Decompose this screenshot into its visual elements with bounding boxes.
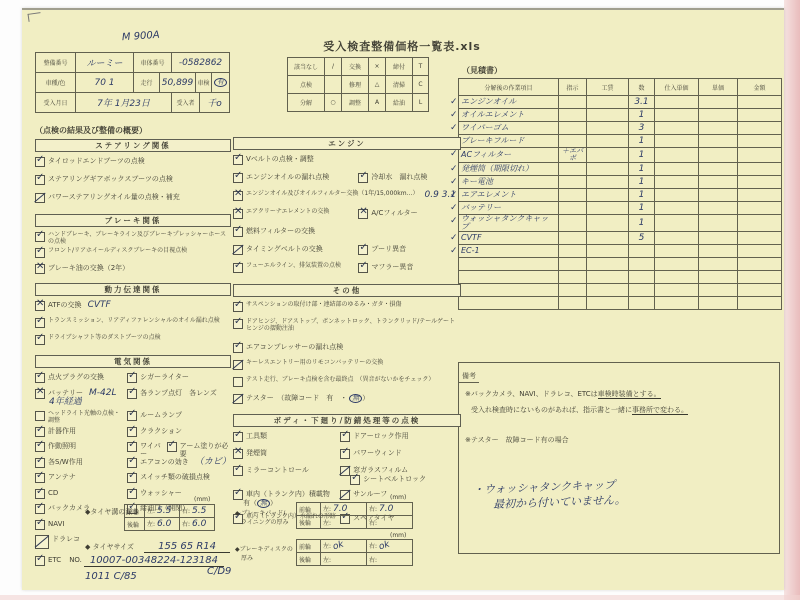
check-item: ✓計器作用 xyxy=(35,427,127,437)
check-item-label: トランスミッション、リアディファレンシャルのオイル漏れ点検 xyxy=(48,318,220,325)
estimate-item: ✓エンジンオイル xyxy=(459,96,559,109)
estimate-amount xyxy=(738,258,782,271)
check-item-label: 燃料フィルターの交換 xyxy=(246,227,315,235)
check-item: ✓ステアリングギアボックスブーツの点検 xyxy=(35,175,175,185)
brake-disc-table: 前輪左:ok右:ok後輪左:右: xyxy=(296,539,413,566)
page-title: 受入検査整備価格一覧表.xls xyxy=(272,38,532,54)
field-value: 千o xyxy=(200,93,230,113)
field-label: 受入者 xyxy=(172,93,200,113)
checkbox-mark-x: ✕ xyxy=(35,389,45,399)
axle-label: 後輪 xyxy=(125,518,145,531)
estimate-header: 指示 xyxy=(559,79,587,96)
checkbox-mark-v: ✓ xyxy=(358,173,368,183)
estimate-row: ✓EC-1 xyxy=(459,245,782,258)
estimate-row xyxy=(459,258,782,271)
check-item: ✓フューエルライン、排気装置の点検 xyxy=(233,263,358,273)
estimate-instruction xyxy=(559,284,587,297)
measure-cell: 右:ok xyxy=(367,540,413,553)
estimate-instruction xyxy=(559,215,587,232)
check-item-label: NAVI xyxy=(48,520,64,528)
estimate-amount xyxy=(738,148,782,163)
checkbox-mark-e xyxy=(233,377,243,387)
check-item: ✕A/Cフィルター xyxy=(358,209,461,219)
estimate-labor xyxy=(587,258,629,271)
estimate-qty xyxy=(629,245,655,258)
estimate-table: 分解後の作業項目指示工賃数仕入単価単価金額✓エンジンオイル3.1✓オイルエレメン… xyxy=(458,78,782,310)
checkbox-mark-v: ✓ xyxy=(35,248,45,258)
estimate-instruction xyxy=(559,163,587,176)
tire-depth-table: 前輪左:5.5右:5.5後輪左:6.0右:6.0 xyxy=(124,504,215,531)
estimate-instruction xyxy=(559,176,587,189)
handwritten-circled: 無 xyxy=(257,499,270,508)
section-bar: 動力伝達関係 xyxy=(35,283,231,296)
check-item-label: ワイパー xyxy=(140,442,164,458)
scanned-inspection-sheet: 受入検査整備価格一覧表.xls M 900A 整備番号 ルーミー 車体番号 -0… xyxy=(0,0,800,600)
estimate-unitprice xyxy=(699,271,738,284)
check-item-label: 発煙筒 xyxy=(246,449,267,457)
estimate-labor xyxy=(587,202,629,215)
checkbox-mark-v: ✓ xyxy=(340,449,350,459)
check-row: ✓Vベルトの点検・調整 xyxy=(233,155,461,173)
checkbox-mark-v: ✓ xyxy=(127,473,137,483)
estimate-cost xyxy=(655,163,699,176)
section-bar: ボディ・下廻り/防錆処理等の点検 xyxy=(233,414,461,427)
estimate-labor xyxy=(587,148,629,163)
estimate-row: ✓ワイパーゴム3 xyxy=(459,122,782,135)
check-item: ✓アンテナ xyxy=(35,473,127,483)
estimate-item xyxy=(459,258,559,271)
check-item: ✓燃料フィルターの交換 xyxy=(233,227,317,237)
checkbox-mark-v: ✓ xyxy=(233,343,243,353)
remarks-line: ※バックカメラ、NAVI、ドラレコ、ETCは車検時装備とする。 xyxy=(465,389,773,399)
scan-edge-bottom xyxy=(0,595,800,600)
estimate-amount xyxy=(738,96,782,109)
check-item-label: ドアーロック作用 xyxy=(353,432,408,440)
estimate-instruction xyxy=(559,232,587,245)
checkbox-mark-x: ✕ xyxy=(233,209,243,219)
estimate-item: ✓エアエレメント xyxy=(459,189,559,202)
check-item-label: 工具類 xyxy=(246,432,267,440)
estimate-cost xyxy=(655,135,699,148)
check-item: ✓工具類 xyxy=(233,432,340,442)
handwritten-note: 4年経過 xyxy=(49,398,82,407)
measure-value: 5.5 xyxy=(157,506,171,516)
checkbox-mark-v: ✓ xyxy=(233,173,243,183)
estimate-unitprice xyxy=(699,189,738,202)
check-item-label: テスト走行、ブレーキ点検を含む最終点 （異音がないかをチェック） xyxy=(246,377,434,384)
estimate-unitprice xyxy=(699,258,738,271)
check-item-label: クラクション xyxy=(140,427,182,435)
estimate-qty: 1 xyxy=(629,189,655,202)
checkbox-mark-x: ✕ xyxy=(233,449,243,459)
checkbox-mark-x: ✕ xyxy=(35,301,45,311)
estimate-row: ✓ブレーキフルード1 xyxy=(459,135,782,148)
check-item: ✓車内（トランク内）積載物有（無） xyxy=(233,490,340,500)
estimate-qty xyxy=(629,258,655,271)
checkbox-mark-v: ✓ xyxy=(233,466,243,476)
estimate-cost xyxy=(655,122,699,135)
checkbox-mark-v: ✓ xyxy=(35,232,45,242)
estimate-header: 仕入単価 xyxy=(655,79,699,96)
estimate-row: ✓CVTF5 xyxy=(459,232,782,245)
section-bar: その他 xyxy=(233,284,461,297)
check-item: ✓Vベルトの点検・調整 xyxy=(233,155,316,165)
estimate-item xyxy=(459,297,559,310)
handwritten-note: M-42L xyxy=(89,389,116,398)
check-item: ✕発煙筒 xyxy=(233,449,340,459)
brake-pad-table: 前輪左:7.0右:7.0後輪左:右: xyxy=(296,502,413,529)
estimate-amount xyxy=(738,215,782,232)
estimate-cost xyxy=(655,148,699,163)
estimate-cost xyxy=(655,271,699,284)
measure-value: 6.0 xyxy=(192,519,206,529)
estimate-labor xyxy=(587,176,629,189)
legend-cell: 調整 xyxy=(342,94,369,112)
check-item: ✓点火プラグの交換 xyxy=(35,373,127,383)
check-item-label: ヘッドライト光軸の点検・調整 xyxy=(48,411,125,425)
check-row: ✓フロント/リアホイールディスクブレーキの目視点検 xyxy=(35,248,231,264)
field-value: 70 1 xyxy=(76,73,134,93)
checkbox-mark-v: ✓ xyxy=(35,473,45,483)
field-value: 50,899 xyxy=(160,73,196,93)
remarks-line: ※テスター 故障コード有の場合 xyxy=(465,435,773,445)
scan-edge-right xyxy=(784,0,800,600)
estimate-labor xyxy=(587,245,629,258)
estimate-item: ✓ウォッシャタンクキャップ xyxy=(459,215,559,232)
estimate-item xyxy=(459,271,559,284)
mm-unit: (mm) xyxy=(390,494,406,501)
check-item-label: プーリ異音 xyxy=(371,245,406,253)
estimate-amount xyxy=(738,135,782,148)
check-row: テスト走行、ブレーキ点検を含む最終点 （異音がないかをチェック） xyxy=(233,377,461,394)
check-item-label: ハンドブレーキ、ブレーキライン及びブレーキプレッシャーホースの点検 xyxy=(48,232,229,246)
checkbox-mark-v: ✓ xyxy=(233,155,243,165)
estimate-amount xyxy=(738,176,782,189)
checkbox-mark-v: ✓ xyxy=(340,432,350,442)
check-item-label: ブレーキ油の交換（2年） xyxy=(48,264,129,272)
mm-unit: (mm) xyxy=(390,532,406,539)
check-item: ✓ワイパー✓アーム塗りが必要 xyxy=(127,442,231,458)
check-row: ✕ATFの交換CVTF xyxy=(35,301,231,318)
checkbox-mark-x: ✕ xyxy=(358,209,368,219)
measure-cell: 右: xyxy=(367,553,413,566)
checkbox-mark-v: ✓ xyxy=(127,411,137,421)
estimate-row: ✓エンジンオイル3.1 xyxy=(459,96,782,109)
check-item-label: エアクリーナエレメントの交換 xyxy=(246,209,329,216)
estimate-header: 数 xyxy=(629,79,655,96)
checkbox-mark-v: ✓ xyxy=(35,175,45,185)
check-item-label: パワーウィンド xyxy=(353,449,402,457)
estimate-item: ✓CVTF xyxy=(459,232,559,245)
estimate-cost xyxy=(655,284,699,297)
estimate-qty: 1 xyxy=(629,176,655,189)
estimate-row: ✓ウォッシャタンクキャップ1 xyxy=(459,215,782,232)
checkbox-mark-x: ✕ xyxy=(233,191,243,201)
check-item: ✓各S/W作用 xyxy=(35,458,127,468)
check-item: ✓各ランプ点灯 各レンズ xyxy=(127,389,231,399)
checkbox-mark-v: ✓ xyxy=(350,475,360,485)
estimate-instruction: ＋エバポ xyxy=(559,148,587,163)
estimate-labor xyxy=(587,163,629,176)
check-row: ✓エアコンプレッサーの漏れ点検 xyxy=(233,343,461,360)
checkbox-mark-v: ✓ xyxy=(358,245,368,255)
section-bar: ブレーキ関係 xyxy=(35,214,231,227)
checkbox-mark-v: ✓ xyxy=(35,157,45,167)
measure-cell: 右:7.0 xyxy=(367,503,413,516)
checkbox-mark-v: ✓ xyxy=(358,263,368,273)
check-item-label: ドラレコ xyxy=(52,535,80,543)
check-item: テスト走行、ブレーキ点検を含む最終点 （異音がないかをチェック） xyxy=(233,377,436,387)
estimate-row: ✓バッテリー1 xyxy=(459,202,782,215)
estimate-item: ✓ワイパーゴム xyxy=(459,122,559,135)
check-item: ✕ATFの交換CVTF xyxy=(35,301,111,311)
legend-cell: 給油 xyxy=(386,94,413,112)
check-item-label: パワーステアリングオイル量の点検・補充 xyxy=(48,193,180,201)
estimate-labor xyxy=(587,215,629,232)
estimate-amount xyxy=(738,189,782,202)
estimate-instruction xyxy=(559,258,587,271)
axle-label: 後輪 xyxy=(297,516,321,529)
mark-legend-table: 該当なし/交換×締付T点検修理△清掃C分解○調整A給油L xyxy=(287,57,429,112)
check-item: ✓エアコンの効き（カビ） xyxy=(127,458,231,468)
check-row: ✓ハンドブレーキ、ブレーキライン及びブレーキプレッシャーホースの点検 xyxy=(35,232,231,248)
check-item-label: ステアリングギアボックスブーツの点検 xyxy=(48,175,173,183)
legend-cell: ○ xyxy=(325,94,342,112)
estimate-item: ✓EC-1 xyxy=(459,245,559,258)
estimate-unitprice xyxy=(699,232,738,245)
checkbox-mark-v: ✓ xyxy=(35,458,45,468)
check-item-label: CD xyxy=(48,489,58,497)
checkbox-mark-v: ✓ xyxy=(167,442,177,452)
estimate-unitprice xyxy=(699,176,738,189)
estimate-row xyxy=(459,271,782,284)
check-item: ✓作動照明 xyxy=(35,442,127,452)
check-row: ✓エンジンオイルの漏れ点検✓冷却水 漏れ点検 xyxy=(233,173,461,191)
check-item: ヘッドライト光軸の点検・調整 xyxy=(35,411,127,425)
estimate-instruction xyxy=(559,271,587,284)
estimate-cost xyxy=(655,109,699,122)
check-row: ✓タイロッドエンドブーツの点検 xyxy=(35,157,231,175)
estimate-labor xyxy=(587,109,629,122)
legend-cell: 締付 xyxy=(386,58,413,76)
checkbox-mark-s xyxy=(35,535,49,549)
estimate-cost xyxy=(655,176,699,189)
checkbox-mark-v: ✓ xyxy=(127,389,137,399)
estimate-cost xyxy=(655,245,699,258)
estimate-qty: 1 xyxy=(629,148,655,163)
estimate-instruction xyxy=(559,297,587,310)
measure-value: 6.0 xyxy=(157,519,171,529)
estimate-label: （見積書） xyxy=(462,65,502,76)
estimate-unitprice xyxy=(699,109,738,122)
check-item-label: エンジンオイルの漏れ点検 xyxy=(246,173,329,181)
check-item-line2: 有（無） xyxy=(243,499,277,508)
handwritten-note: 0.9 3.1 xyxy=(425,191,457,200)
check-item: キーレスエントリー用のリモコンバッテリーの交換 xyxy=(233,360,385,370)
check-item-label: タイミングベルトの交換 xyxy=(246,245,323,253)
estimate-item: ✓キー電池 xyxy=(459,176,559,189)
estimate-amount xyxy=(738,122,782,135)
estimate-amount xyxy=(738,232,782,245)
check-item: ✓シガーライター xyxy=(127,373,231,383)
legend-cell: L xyxy=(413,94,429,112)
check-row: ✕エンジンオイル及びオイルフィルター交換（1年/15,000km…）0.9 3.… xyxy=(233,191,461,209)
checkbox-mark-v: ✓ xyxy=(35,520,45,530)
checkbox-mark-e xyxy=(35,411,45,421)
check-row: パワーステアリングオイル量の点検・補充 xyxy=(35,193,231,211)
estimate-cost xyxy=(655,189,699,202)
check-item: ✓タイロッドエンドブーツの点検 xyxy=(35,157,147,167)
check-row: ✓ミラーコントロール窓ガラスフィルム✓シートベルトロック xyxy=(233,466,461,490)
check-item: タイミングベルトの交換 xyxy=(233,245,358,255)
check-item: ✓パワーウィンド xyxy=(340,449,461,459)
estimate-labor xyxy=(587,122,629,135)
check-row: ✓トランスミッション、リアディファレンシャルのオイル漏れ点検 xyxy=(35,318,231,335)
field-label: 車体番号 xyxy=(134,53,172,73)
estimate-unitprice xyxy=(699,122,738,135)
check-item: テスター （故障コード 有 ・無） xyxy=(233,394,371,404)
tire-size-row: ◆ タイヤサイズ 155 65 R14 xyxy=(85,542,230,552)
legend-cell xyxy=(325,76,342,94)
check-row: ✕ブレーキ油の交換（2年） xyxy=(35,264,231,280)
checkbox-mark-s xyxy=(340,466,350,476)
legend-cell: 分解 xyxy=(288,94,325,112)
estimate-unitprice xyxy=(699,284,738,297)
estimate-instruction xyxy=(559,202,587,215)
handwritten-model-code: M 900A xyxy=(122,31,160,44)
estimate-labor xyxy=(587,96,629,109)
estimate-qty xyxy=(629,297,655,310)
checkbox-mark-v: ✓ xyxy=(127,442,137,452)
check-item-label: 冷却水 漏れ点検 xyxy=(371,173,427,181)
checklist-middle-column: エンジン✓Vベルトの点検・調整✓エンジンオイルの漏れ点検✓冷却水 漏れ点検✕エン… xyxy=(233,134,461,531)
check-item: ✓ミラーコントロール xyxy=(233,466,340,476)
measure-cell: 左:6.0 xyxy=(145,518,180,531)
check-item: ✓ドライブシャフト等のダストブーツの点検 xyxy=(35,335,163,345)
checkbox-mark-v: ✓ xyxy=(233,263,243,273)
legend-cell: A xyxy=(369,94,386,112)
check-item-label: 車内（トランク内）積載物 xyxy=(246,490,330,498)
field-label: 受入月日 xyxy=(36,93,76,113)
check-item: ✓エンジンオイルの漏れ点検 xyxy=(233,173,358,183)
estimate-labor xyxy=(587,271,629,284)
check-item: ✓トランスミッション、リアディファレンシャルのオイル漏れ点検 xyxy=(35,318,222,328)
estimate-qty: 1 xyxy=(629,215,655,232)
measure-value: 7.0 xyxy=(379,504,393,514)
estimate-cost xyxy=(655,96,699,109)
estimate-qty: 1 xyxy=(629,135,655,148)
estimate-qty: 3 xyxy=(629,122,655,135)
estimate-amount xyxy=(738,271,782,284)
check-item: ✓CD xyxy=(35,489,127,499)
brake-pad-label: ◆ ブレーキパッド/ライニングの厚み xyxy=(235,508,288,526)
estimate-row xyxy=(459,284,782,297)
check-item-label: エアコンプレッサーの漏れ点検 xyxy=(246,343,343,351)
check-item: ✓フロント/リアホイールディスクブレーキの目視点検 xyxy=(35,248,189,258)
estimate-amount xyxy=(738,284,782,297)
check-item: 窓ガラスフィルム✓シートベルトロック xyxy=(340,466,461,476)
legend-cell: T xyxy=(413,58,429,76)
estimate-row: ✓発煙筒（期限切れ）1 xyxy=(459,163,782,176)
check-item: ✓マフラー異音 xyxy=(358,263,461,273)
estimate-unitprice xyxy=(699,202,738,215)
legend-cell: 点検 xyxy=(288,76,325,94)
remarks-box: 備考 ※バックカメラ、NAVI、ドラレコ、ETCは車検時装備とする。 受入れ検査… xyxy=(458,362,780,554)
check-item: ✕エンジンオイル及びオイルフィルター交換（1年/15,000km…）0.9 3.… xyxy=(233,191,456,201)
estimate-row: ✓オイルエレメント1 xyxy=(459,109,782,122)
check-item: ✓冷却水 漏れ点検 xyxy=(358,173,461,183)
estimate-instruction xyxy=(559,122,587,135)
estimate-qty: 5 xyxy=(629,232,655,245)
check-item-label: ドライブシャフト等のダストブーツの点検 xyxy=(48,335,161,342)
etc-row: ✓ ETC NO. 10007-00348224-123184 xyxy=(35,556,224,567)
field-label: 車種/色 xyxy=(36,73,76,93)
estimate-labor xyxy=(587,189,629,202)
check-item-label: シガーライター xyxy=(140,373,189,381)
handwritten-note: 1011 C/85 xyxy=(85,572,137,582)
check-item-label: バッテリー xyxy=(48,389,83,397)
estimate-cost xyxy=(655,232,699,245)
section-bar: 電気関係 xyxy=(35,355,231,368)
checkbox-mark-v: ✓ xyxy=(233,227,243,237)
checkbox-mark-v: ✓ xyxy=(35,318,45,328)
check-item-label: マフラー異音 xyxy=(371,263,413,271)
check-item-label: 作動照明 xyxy=(48,442,76,450)
estimate-item: ✓ACフィルター xyxy=(459,148,559,163)
measure-cell: 左: xyxy=(321,553,367,566)
check-item-label: ルームランプ xyxy=(140,411,182,419)
estimate-cost xyxy=(655,297,699,310)
handwritten-note: CVTF xyxy=(88,301,111,310)
check-item: ✕ブレーキ油の交換（2年） xyxy=(35,264,131,274)
check-row: ✓ドアヒンジ、ドアストップ、ボンネットロック、トランクリッド/テールゲートヒンジ… xyxy=(233,319,461,343)
estimate-cost xyxy=(655,215,699,232)
brake-disc-label: ◆ブレーキディスクの厚み xyxy=(235,544,293,562)
mm-unit: (mm) xyxy=(194,496,210,503)
estimate-unitprice xyxy=(699,96,738,109)
check-item: ✓NAVI xyxy=(35,520,66,530)
tire-size-value: 155 65 R14 xyxy=(144,541,230,553)
check-row: ✕発煙筒✓パワーウィンド xyxy=(233,449,461,466)
check-item-label: Vベルトの点検・調整 xyxy=(246,155,314,163)
estimate-qty: 1 xyxy=(629,163,655,176)
field-label: 車検 xyxy=(196,73,212,93)
check-item-label: タイロッドエンドブーツの点検 xyxy=(48,157,145,165)
estimate-header: 単価 xyxy=(699,79,738,96)
check-item: パワーステアリングオイル量の点検・補充 xyxy=(35,193,182,203)
field-value: 7年 1月23日 xyxy=(76,93,172,113)
estimate-unitprice xyxy=(699,135,738,148)
estimate-instruction xyxy=(559,109,587,122)
checkbox-mark-v: ✓ xyxy=(35,335,45,345)
check-item-label: 窓ガラスフィルム xyxy=(353,466,408,474)
check-item: ✓ドアーロック作用 xyxy=(340,432,461,442)
check-item: ✓プーリ異音 xyxy=(358,245,461,255)
field-value: ルーミー xyxy=(76,53,134,73)
checkbox-mark-v: ✓ xyxy=(127,489,137,499)
paper-sheet: 受入検査整備価格一覧表.xls M 900A 整備番号 ルーミー 車体番号 -0… xyxy=(22,8,784,590)
measure-cell: 右: xyxy=(367,516,413,529)
check-item-label: バックカメラ xyxy=(48,504,90,512)
estimate-item: ✓バッテリー xyxy=(459,202,559,215)
check-item-label: エンジンオイル及びオイルフィルター交換（1年/15,000km…） xyxy=(246,191,419,198)
estimate-row: ✓エアエレメント1 xyxy=(459,189,782,202)
estimate-labor xyxy=(587,135,629,148)
checkbox-mark-s xyxy=(340,490,350,500)
check-item: ドラレコ xyxy=(35,535,82,549)
field-value: -0582862 xyxy=(172,53,230,73)
remarks-title: 備考 xyxy=(459,370,479,383)
